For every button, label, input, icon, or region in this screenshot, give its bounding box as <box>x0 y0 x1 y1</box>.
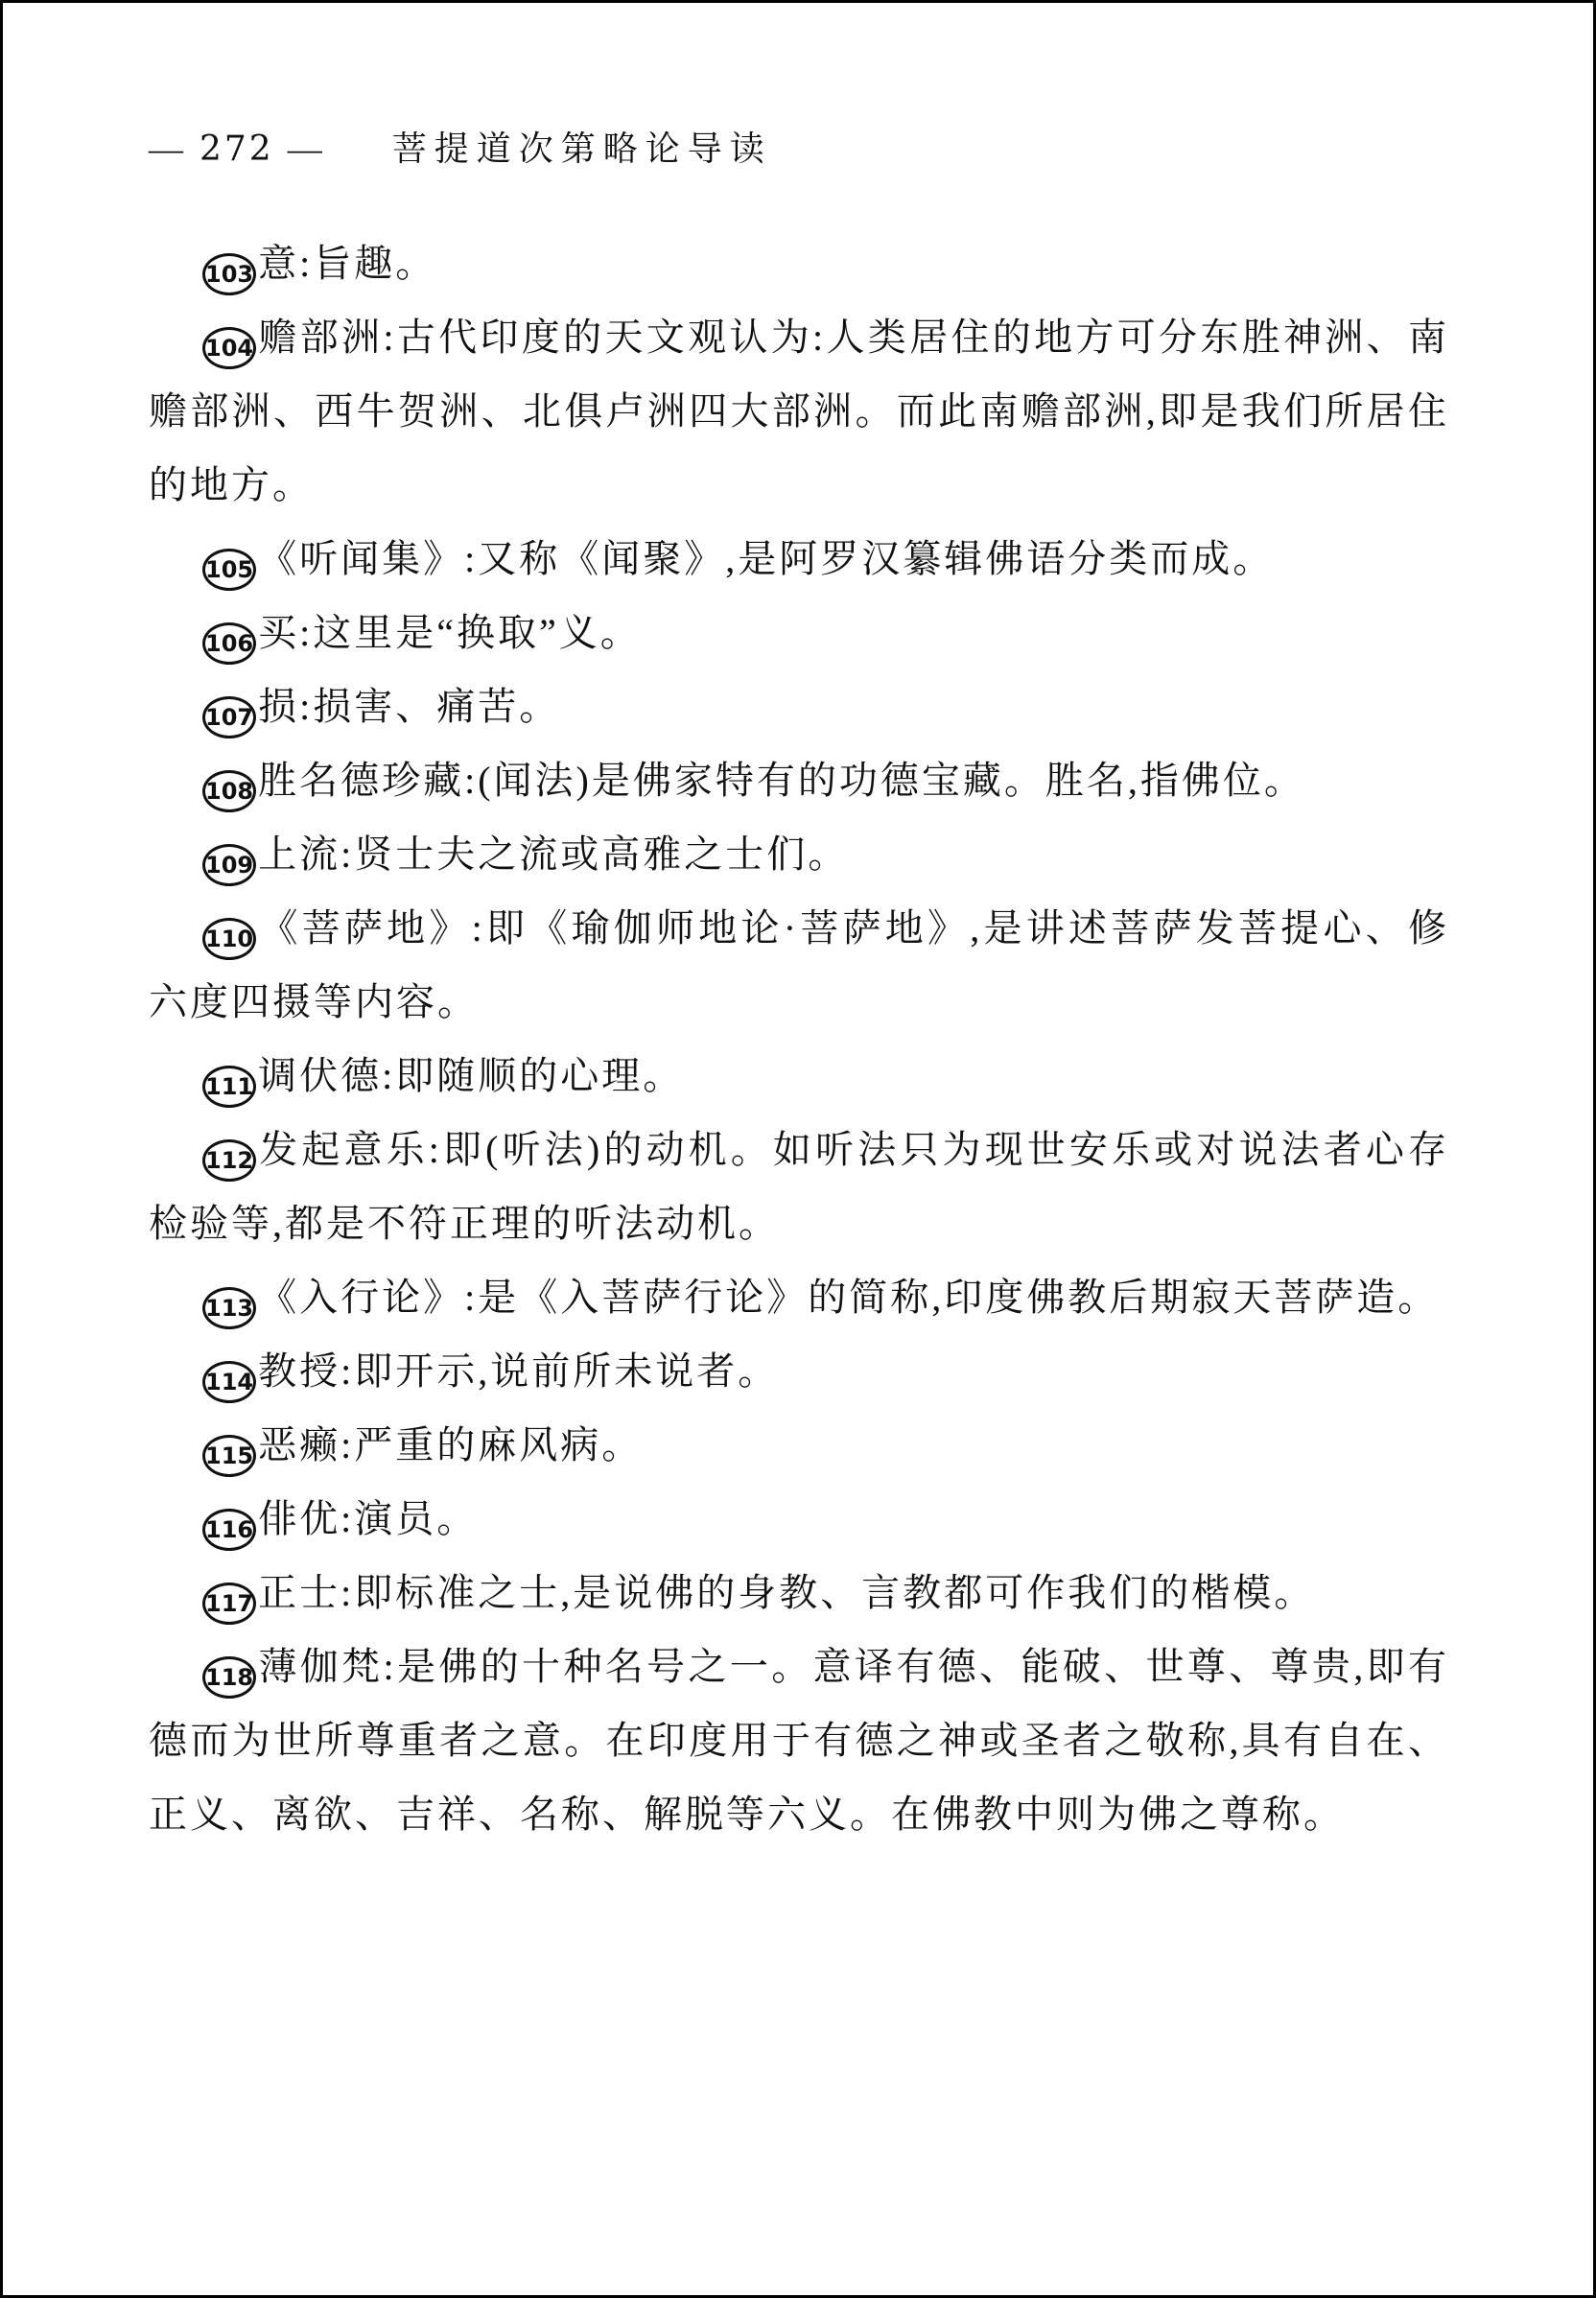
note-text: 买:这里是“换取”义。 <box>258 611 642 654</box>
note-entry: 111调伏德:即随顺的心理。 <box>149 1039 1449 1113</box>
note-number-badge: 115 <box>202 1435 256 1477</box>
running-header: — 272 — 菩提道次第略论导读 <box>149 128 1593 171</box>
note-text: 调伏德:即随顺的心理。 <box>258 1054 684 1097</box>
note-text: 正士:即标准之士,是说佛的身教、言教都可作我们的楷模。 <box>258 1571 1315 1614</box>
note-number-badge: 103 <box>202 253 256 295</box>
note-number-badge: 114 <box>202 1361 256 1403</box>
note-number-badge: 107 <box>202 696 256 739</box>
note-entry: 108胜名德珍藏:(闻法)是佛家特有的功德宝藏。胜名,指佛位。 <box>149 743 1449 817</box>
note-entry: 105《听闻集》:又称《闻聚》,是阿罗汉纂辑佛语分类而成。 <box>149 522 1449 596</box>
page-number: 272 <box>199 129 274 171</box>
note-number-badge: 105 <box>202 549 256 591</box>
note-text: 损:损害、痛苦。 <box>258 685 560 728</box>
note-text: 赡部洲:古代印度的天文观认为:人类居住的地方可分东胜神洲、南赡部洲、西牛贺洲、北… <box>149 316 1449 506</box>
note-number-badge: 108 <box>202 770 256 812</box>
note-entry: 115恶癞:严重的麻风病。 <box>149 1408 1449 1482</box>
note-entry: 106买:这里是“换取”义。 <box>149 596 1449 669</box>
note-number-badge: 111 <box>202 1066 256 1108</box>
note-text: 上流:贤士夫之流或高雅之士们。 <box>258 832 849 876</box>
note-entry: 118薄伽梵:是佛的十种名号之一。意译有德、能破、世尊、尊贵,即有德而为世所尊重… <box>149 1630 1449 1851</box>
note-number-badge: 106 <box>202 622 256 665</box>
note-text: 《入行论》:是《入菩萨行论》的简称,印度佛教后期寂天菩萨造。 <box>258 1276 1439 1319</box>
notes-section: 103意:旨趣。 104赡部洲:古代印度的天文观认为:人类居住的地方可分东胜神洲… <box>149 226 1449 1851</box>
note-number-badge: 112 <box>202 1139 256 1182</box>
note-number-badge: 117 <box>202 1583 256 1625</box>
note-number-badge: 118 <box>202 1656 256 1699</box>
note-text: 教授:即开示,说前所未说者。 <box>258 1349 779 1393</box>
note-entry: 112发起意乐:即(听法)的动机。如听法只为现世安乐或对说法者心存检验等,都是不… <box>149 1113 1449 1260</box>
note-number-badge: 104 <box>202 327 256 369</box>
note-text: 胜名德珍藏:(闻法)是佛家特有的功德宝藏。胜名,指佛位。 <box>258 759 1305 802</box>
note-entry: 107损:损害、痛苦。 <box>149 669 1449 743</box>
note-number-badge: 116 <box>202 1509 256 1551</box>
header-dash-left: — <box>149 128 186 170</box>
note-entry: 104赡部洲:古代印度的天文观认为:人类居住的地方可分东胜神洲、南赡部洲、西牛贺… <box>149 300 1449 522</box>
note-text: 《菩萨地》:即《瑜伽师地论·菩萨地》,是讲述菩萨发菩提心、修六度四摄等内容。 <box>149 906 1449 1023</box>
note-text: 俳优:演员。 <box>258 1497 478 1540</box>
note-text: 发起意乐:即(听法)的动机。如听法只为现世安乐或对说法者心存检验等,都是不符正理… <box>149 1128 1449 1245</box>
note-entry: 113《入行论》:是《入菩萨行论》的简称,印度佛教后期寂天菩萨造。 <box>149 1260 1449 1334</box>
note-number-badge: 109 <box>202 844 256 886</box>
book-title: 菩提道次第略论导读 <box>392 128 772 170</box>
note-text: 意:旨趣。 <box>258 242 436 285</box>
note-entry: 117正士:即标准之士,是说佛的身教、言教都可作我们的楷模。 <box>149 1556 1449 1630</box>
note-text: 《听闻集》:又称《闻聚》,是阿罗汉纂辑佛语分类而成。 <box>258 537 1274 580</box>
note-text: 薄伽梵:是佛的十种名号之一。意译有德、能破、世尊、尊贵,即有德而为世所尊重者之意… <box>149 1645 1449 1836</box>
header-dash-right: — <box>288 128 325 170</box>
note-number-badge: 110 <box>202 918 256 960</box>
note-entry: 116俳优:演员。 <box>149 1482 1449 1556</box>
note-entry: 110《菩萨地》:即《瑜伽师地论·菩萨地》,是讲述菩萨发菩提心、修六度四摄等内容… <box>149 891 1449 1039</box>
note-entry: 114教授:即开示,说前所未说者。 <box>149 1334 1449 1408</box>
note-entry: 109上流:贤士夫之流或高雅之士们。 <box>149 817 1449 891</box>
note-text: 恶癞:严重的麻风病。 <box>258 1423 643 1466</box>
note-number-badge: 113 <box>202 1287 256 1329</box>
note-entry: 103意:旨趣。 <box>149 226 1449 300</box>
book-page: — 272 — 菩提道次第略论导读 103意:旨趣。 104赡部洲:古代印度的天… <box>0 0 1596 2298</box>
